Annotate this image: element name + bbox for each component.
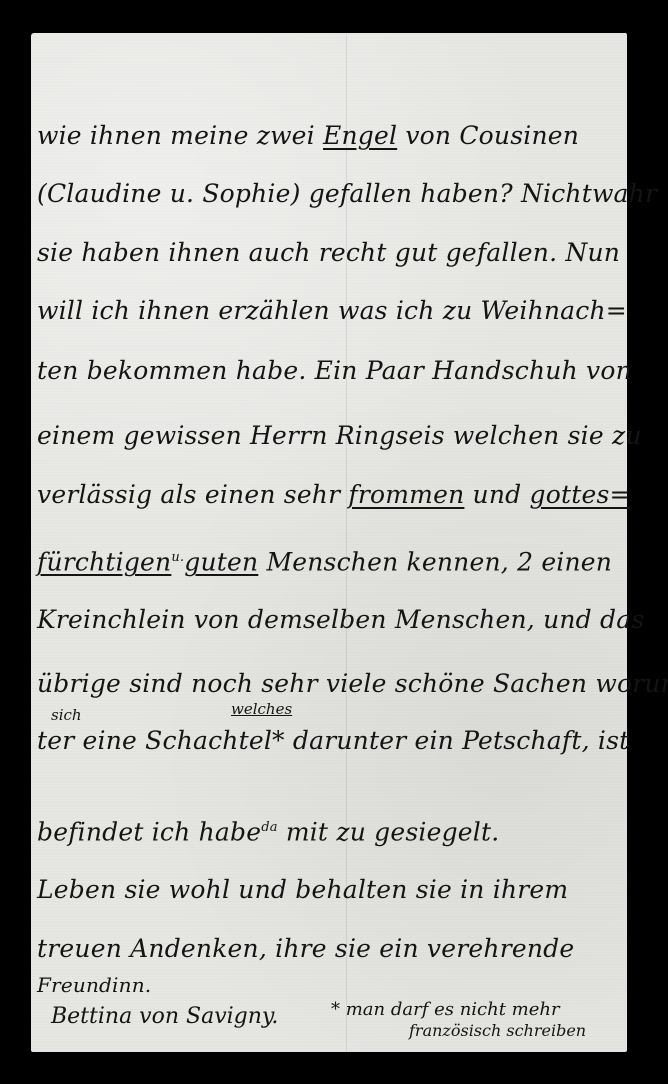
- line-text: einem gewissen Herrn Ringseis welchen si…: [37, 421, 642, 450]
- letter-line-5: ten bekommen habe. Ein Paar Handschuh vo…: [37, 356, 617, 386]
- line-text: und: [464, 480, 529, 509]
- letter-line-13: Leben sie wohl und behalten sie in ihrem: [37, 875, 617, 905]
- line-text: wie ihnen meine zwei: [37, 121, 323, 150]
- line-text: ter eine Schachtel* darunter ein Petscha…: [37, 726, 629, 755]
- signature: Bettina von Savigny.: [51, 1004, 278, 1029]
- line-text: sie haben ihnen auch recht gut gefallen.…: [37, 238, 620, 267]
- letter-line-15: Freundinn.: [37, 970, 617, 1000]
- letter-line-6: einem gewissen Herrn Ringseis welchen si…: [37, 421, 617, 451]
- line-text: befindet ich habe: [37, 817, 261, 846]
- letter-line-7: verlässig als einen sehr frommen und got…: [37, 480, 617, 510]
- line-text: will ich ihnen erzählen was ich zu Weihn…: [37, 296, 627, 325]
- letter-line-1: wie ihnen meine zwei Engel von Cousinen: [37, 121, 617, 151]
- letter-page: wie ihnen meine zwei Engel von Cousinen …: [31, 33, 627, 1052]
- underlined-word: fürchtigen: [37, 547, 171, 576]
- letter-line-10: übrige sind noch sehr viele schöne Sache…: [37, 669, 617, 699]
- footnote-line-2: französisch schreiben: [409, 1021, 586, 1040]
- letter-line-8: fürchtigenu.guten Menschen kennen, 2 ein…: [37, 543, 617, 577]
- superscript-insertion: da: [261, 820, 277, 835]
- line-text: ten bekommen habe. Ein Paar Handschuh vo…: [37, 356, 632, 385]
- superscript-insertion: u.: [171, 550, 184, 565]
- underlined-word: frommen: [348, 480, 464, 509]
- letter-line-3: sie haben ihnen auch recht gut gefallen.…: [37, 238, 617, 268]
- letter-line-2: (Claudine u. Sophie) gefallen haben? Nic…: [37, 179, 617, 209]
- line-text: (Claudine u. Sophie) gefallen haben? Nic…: [37, 179, 657, 208]
- interlinear-insertion-welches: welches: [231, 700, 292, 718]
- line-text: treuen Andenken, ihre sie ein verehrende: [37, 934, 574, 963]
- line-text: von Cousinen: [397, 121, 579, 150]
- letter-line-12: befindet ich habeda mit zu gesiegelt.: [37, 813, 617, 847]
- letter-line-4: will ich ihnen erzählen was ich zu Weihn…: [37, 296, 617, 326]
- letter-line-11: ter eine Schachtel* darunter ein Petscha…: [37, 726, 617, 756]
- underlined-word: gottes=: [530, 480, 631, 509]
- interlinear-insertion-sich: sich: [51, 706, 82, 724]
- underlined-word: guten: [184, 547, 258, 576]
- line-text: Menschen kennen, 2 einen: [258, 547, 612, 576]
- letter-line-9: Kreinchlein von demselben Menschen, und …: [37, 605, 617, 635]
- line-text: Leben sie wohl und behalten sie in ihrem: [37, 875, 568, 904]
- line-text: übrige sind noch sehr viele schöne Sache…: [37, 669, 668, 698]
- footnote-line-1: * man darf es nicht mehr: [331, 999, 560, 1020]
- line-text: Kreinchlein von demselben Menschen, und …: [37, 605, 644, 634]
- underlined-word: Engel: [323, 121, 397, 150]
- line-text: Freundinn.: [37, 973, 151, 997]
- line-text: verlässig als einen sehr: [37, 480, 348, 509]
- letter-line-14: treuen Andenken, ihre sie ein verehrende: [37, 934, 617, 964]
- line-text: mit zu gesiegelt.: [278, 817, 500, 846]
